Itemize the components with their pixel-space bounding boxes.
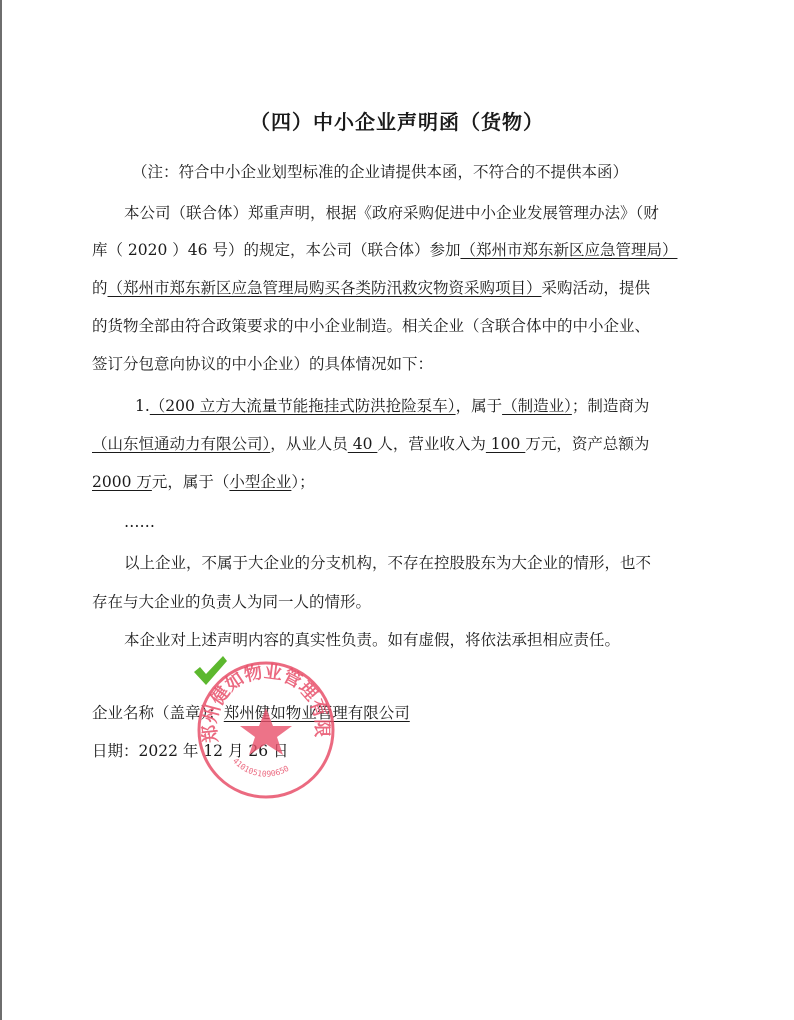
signature-company-line: 企业名称（盖章）：郑州健如物业管理有限公司 bbox=[92, 703, 410, 723]
para1-line3: 的（郑州市郑东新区应急管理局购买各类防汛救灾物资采购项目）采购活动，提供 bbox=[92, 278, 650, 298]
para1-line2: 库（ 2020 ）46 号）的规定，本公司（联合体）参加（郑州市郑东新区应急管理… bbox=[92, 240, 677, 260]
para1-line3-post: 采购活动，提供 bbox=[542, 279, 651, 297]
revenue: 100 bbox=[486, 435, 525, 453]
date-value: 2022 年 12 月 26 日 bbox=[139, 742, 289, 760]
para2-line2: 存在与大企业的负责人为同一人的情形。 bbox=[92, 592, 371, 612]
total-assets: 2000 万 bbox=[92, 473, 152, 491]
item1-line3: 2000 万元，属于（小型企业）； bbox=[92, 472, 315, 492]
para1-line2-text: 库（ 2020 ）46 号）的规定，本公司（联合体）参加 bbox=[92, 241, 460, 259]
para1-line1: 本公司（联合体）郑重声明，根据《政府采购促进中小企业发展管理办法》（财 bbox=[124, 203, 659, 223]
manufacturer: （山东恒通动力有限公司） bbox=[92, 435, 270, 453]
revenue-unit: 万元，资产总额为 bbox=[525, 435, 649, 453]
company-label: 企业名称（盖章）： bbox=[92, 704, 224, 722]
staff-count: 40 bbox=[348, 435, 378, 453]
company-name: 郑州健如物业管理有限公司 bbox=[224, 704, 410, 722]
maker-label: ；制造商为 bbox=[572, 397, 650, 415]
item1-line2: （山东恒通动力有限公司），从业人员 40 人，营业收入为 100 万元，资产总额… bbox=[92, 434, 649, 454]
ellipsis: …… bbox=[124, 512, 155, 532]
project-name: （郑州市郑东新区应急管理局购买各类防汛救灾物资采购项目） bbox=[108, 279, 542, 297]
belongs-label: ，属于 bbox=[456, 397, 503, 415]
para2-line1: 以上企业，不属于大企业的分支机构，不存在控股股东为大企业的情形，也不 bbox=[124, 553, 651, 573]
item-number: 1. bbox=[135, 397, 150, 415]
note-text: （注：符合中小企业划型标准的企业请提供本函，不符合的不提供本函） bbox=[132, 162, 628, 182]
product-name: （200 立方大流量节能拖挂式防洪抢险泵车） bbox=[150, 397, 456, 415]
para1-line3-pre: 的 bbox=[92, 279, 108, 297]
purchaser-name: （郑州市郑东新区应急管理局） bbox=[460, 241, 677, 259]
assets-unit: 元，属于（ bbox=[152, 473, 230, 491]
document-title: （四）中小企业声明函（货物） bbox=[0, 106, 794, 135]
item1-end: ）； bbox=[291, 473, 314, 491]
para1-line4: 的货物全部由符合政策要求的中小企业制造。相关企业（含联合体中的中小企业、 bbox=[92, 316, 650, 336]
signature-date-line: 日期：2022 年 12 月 26 日 bbox=[92, 741, 289, 761]
para3: 本企业对上述声明内容的真实性负责。如有虚假，将依法承担相应责任。 bbox=[124, 630, 620, 650]
page-left-border bbox=[0, 0, 2, 1020]
staff-label: ，从业人员 bbox=[270, 435, 348, 453]
industry: （制造业） bbox=[502, 397, 572, 415]
staff-unit: 人，营业收入为 bbox=[377, 435, 486, 453]
checkmark-icon bbox=[192, 654, 228, 688]
date-label: 日期： bbox=[92, 742, 139, 760]
item1-line1: 1.（200 立方大流量节能拖挂式防洪抢险泵车），属于（制造业）；制造商为 bbox=[135, 396, 649, 416]
enterprise-size: 小型企业 bbox=[229, 473, 291, 491]
para1-line5: 签订分包意向协议的中小企业）的具体情况如下： bbox=[92, 354, 433, 374]
